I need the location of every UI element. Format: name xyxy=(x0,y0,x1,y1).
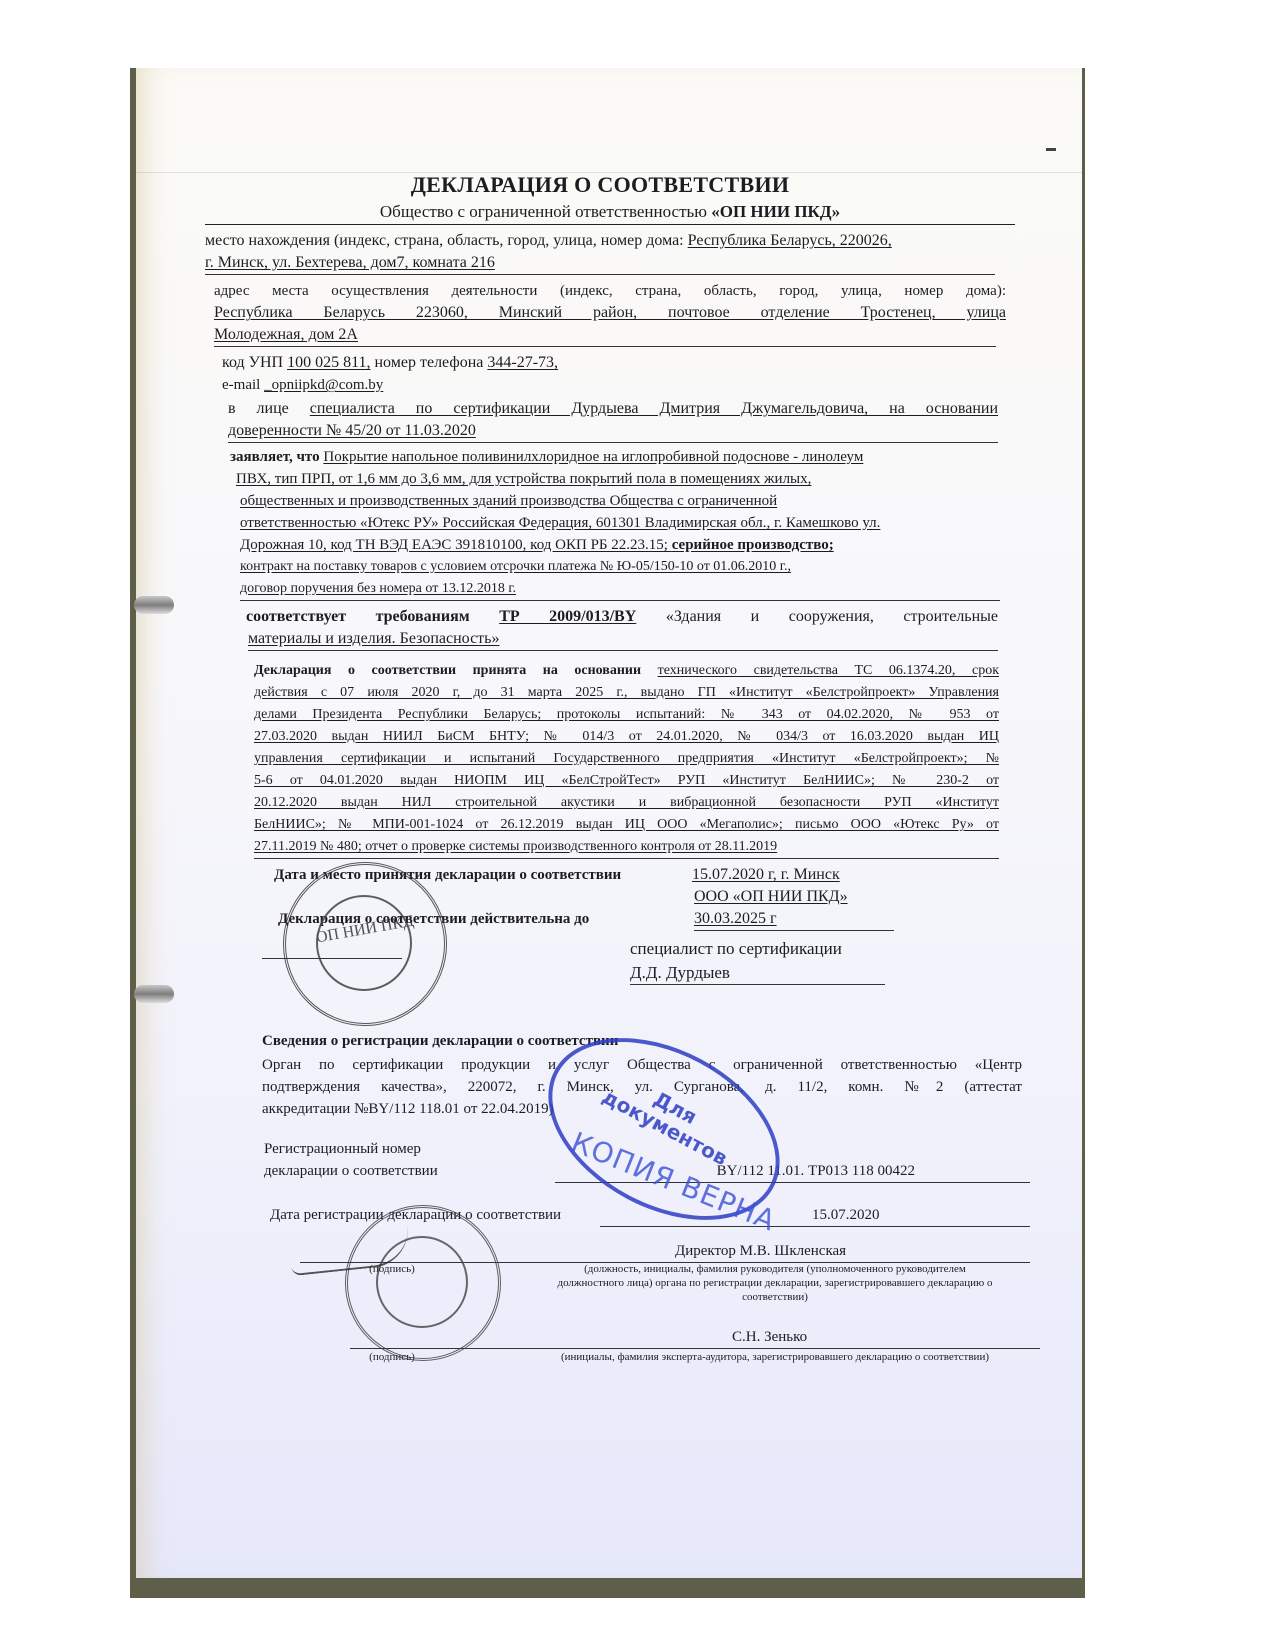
product-codes: Дорожная 10, код ТН ВЭД ЕАЭС 391810100, … xyxy=(240,537,672,553)
regulation-code: ТР 2009/013/BY xyxy=(499,608,636,625)
basis-line-6: 5-6 от 04.01.2020 выдан НИОПМ ИЦ «БелСтр… xyxy=(254,770,999,792)
regulation-name-cont: материалы и изделия. Безопасность» xyxy=(248,630,499,647)
basis-line-2: действия с 07 июля 2020 г, до 31 марта 2… xyxy=(254,682,999,704)
registration-body-3: аккредитации №BY/112 118.01 от 22.04.201… xyxy=(262,1098,554,1120)
location-line-1: место нахождения (индекс, страна, област… xyxy=(205,230,1015,252)
location-label: место нахождения (индекс, страна, област… xyxy=(205,232,688,249)
unp-phone-line: код УНП 100 025 811, номер телефона 344-… xyxy=(222,352,558,374)
serial-production: серийное производство; xyxy=(672,537,834,553)
email-value: _opniipkd@com.by xyxy=(264,377,383,393)
reg-date-value: 15.07.2020 xyxy=(812,1207,880,1223)
signer-name: Д.Д. Дурдыев xyxy=(630,963,730,982)
product-text: Покрытие напольное поливинилхлоридное на… xyxy=(323,449,863,465)
unp-value: 100 025 811, xyxy=(287,354,370,371)
phone-label: номер телефона xyxy=(370,354,487,371)
applicant-name: Общество с ограниченной ответственностью… xyxy=(205,202,1015,225)
signer-name-field: Д.Д. Дурдыев xyxy=(630,962,885,985)
expert-caption: (инициалы, фамилия эксперта-аудитора, за… xyxy=(510,1350,1040,1364)
complies-line-2: материалы и изделия. Безопасность» xyxy=(248,628,998,651)
product-line-1: заявляет, что Покрытие напольное поливин… xyxy=(230,446,863,468)
product-line-7: договор поручения без номера от 13.12.20… xyxy=(240,578,1000,601)
declares-label: заявляет, что xyxy=(230,449,323,465)
reg-number-label-1: Регистрационный номер xyxy=(264,1138,421,1160)
product-line-3: общественных и производственных зданий п… xyxy=(240,490,777,512)
represented-line-2: доверенности № 45/20 от 11.03.2020 xyxy=(228,420,998,443)
expert-name: С.Н. Зенько xyxy=(732,1329,807,1345)
company-seal-stamp: ОП НИИ ПКД xyxy=(283,862,447,1026)
activity-label: адрес места осуществления деятельности (… xyxy=(214,280,1006,302)
adoption-value: 15.07.2020 г, г. Минск xyxy=(692,864,840,886)
product-line-4: ответственностью «Ютекс РУ» Российская Ф… xyxy=(240,512,880,534)
email-label: e-mail xyxy=(222,377,264,393)
basis-text-end: 27.11.2019 № 480; отчет о проверке систе… xyxy=(254,839,777,854)
activity-value: Республика Беларусь 223060, Минский райо… xyxy=(214,302,1006,324)
represented-value: специалиста по сертификации Дурдыева Дми… xyxy=(310,400,998,417)
activity-value-cont: Молодежная, дом 2А xyxy=(214,324,996,347)
location-line-2: г. Минск, ул. Бехтерева, дом7, комната 2… xyxy=(205,252,995,275)
represented-label: в лице xyxy=(228,400,310,417)
valid-until-value: 30.03.2025 г xyxy=(694,910,777,927)
basis-line-1: Декларация о соответствии принята на осн… xyxy=(254,660,999,682)
director-name: Директор М.В. Шкленская xyxy=(675,1243,846,1259)
basis-line-5: управления сертификации и испытаний Госу… xyxy=(254,748,999,770)
contract-text: договор поручения без номера от 13.12.20… xyxy=(240,581,516,596)
product-line-6: контракт на поставку товаров с условием … xyxy=(240,556,791,578)
basis-label: Декларация о соответствии принята на осн… xyxy=(254,663,658,678)
director-caption-3: соответствии) xyxy=(510,1290,1040,1304)
location-value-cont: г. Минск, ул. Бехтерева, дом7, комната 2… xyxy=(205,254,495,271)
basis-line-9: 27.11.2019 № 480; отчет о проверке систе… xyxy=(254,836,999,859)
product-line-5: Дорожная 10, код ТН ВЭД ЕАЭС 391810100, … xyxy=(240,534,834,556)
represented-line: в лице специалиста по сертификации Дурды… xyxy=(228,398,998,420)
complies-line: соответствует требованиям ТР 2009/013/BY… xyxy=(246,606,998,628)
unp-label: код УНП xyxy=(222,354,287,371)
declaration-document: ДЕКЛАРАЦИЯ О СООТВЕТСТВИИ Общество с огр… xyxy=(0,0,1275,1650)
document-title: ДЕКЛАРАЦИЯ О СООТВЕТСТВИИ xyxy=(200,172,1000,198)
basis-line-4: 27.03.2020 выдан НИИЛ БиСМ БНТУ; № 014/3… xyxy=(254,726,999,748)
basis-text: технического свидетельства ТС 06.1374.20… xyxy=(658,663,999,678)
product-line-2: ПВХ, тип ПРП, от 1,6 мм до 3,6 мм, для у… xyxy=(236,468,811,490)
reg-number-label-2: декларации о соответствии xyxy=(264,1160,438,1182)
applicant-short-name: «ОП НИИ ПКД» xyxy=(711,202,840,221)
basis-line-3: делами Президента Республики Беларусь; п… xyxy=(254,704,999,726)
basis-line-8: БелНИИС»; № МПИ-001-1024 от 26.12.2019 в… xyxy=(254,814,999,836)
registration-heading: Сведения о регистрации декларации о соот… xyxy=(262,1030,618,1052)
org-short-name: ООО «ОП НИИ ПКД» xyxy=(694,886,848,908)
regulation-name: «Здания и сооружения, строительные xyxy=(666,608,998,625)
signer-position: специалист по сертификации xyxy=(630,938,842,960)
director-caption-1: (должность, инициалы, фамилия руководите… xyxy=(510,1262,1040,1276)
email-line: e-mail _opniipkd@com.by xyxy=(222,374,383,396)
power-of-attorney: доверенности № 45/20 от 11.03.2020 xyxy=(228,422,476,439)
complies-label: соответствует требованиям xyxy=(246,608,499,625)
activity-value-text: Молодежная, дом 2А xyxy=(214,326,358,343)
director-caption-2: должностного лица) органа по регистрации… xyxy=(510,1276,1040,1290)
applicant-prefix: Общество с ограниченной ответственностью xyxy=(380,202,711,221)
phone-value: 344-27-73, xyxy=(487,354,558,371)
basis-line-7: 20.12.2020 выдан НИЛ строительной акусти… xyxy=(254,792,999,814)
registration-seal-stamp xyxy=(345,1205,501,1361)
location-value: Республика Беларусь, 220026, xyxy=(688,232,892,249)
valid-until-field: 30.03.2025 г xyxy=(694,908,894,931)
